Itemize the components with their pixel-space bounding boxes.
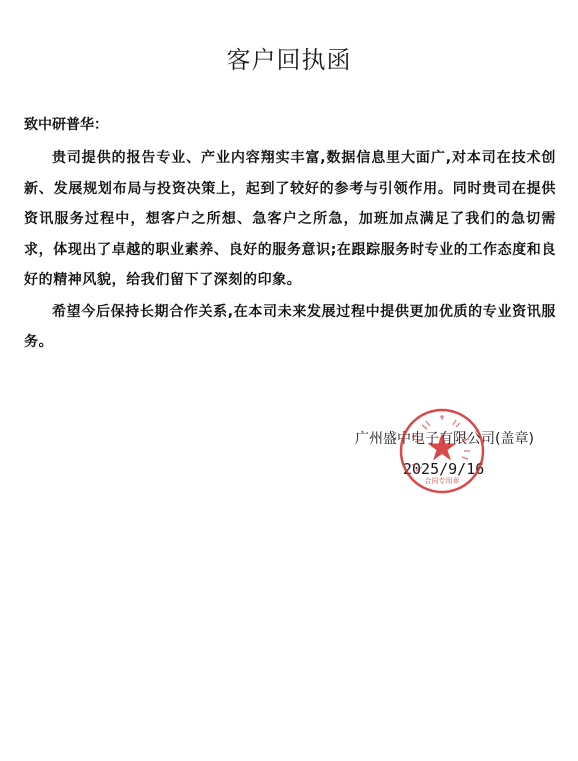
document-title: 客户回执函: [0, 40, 578, 75]
paragraph-1: 贵司提供的报告专业、产业内容翔实丰富,数据信息里大面广,对本司在技术创新、发展规…: [24, 143, 556, 296]
stamp-label: 合同专用章: [425, 476, 460, 485]
salutation: 致中研普华：: [24, 114, 108, 134]
letter-body: 贵司提供的报告专业、产业内容翔实丰富,数据信息里大面广,对本司在技术创新、发展规…: [24, 143, 556, 358]
paragraph-2: 希望今后保持长期合作关系,在本司未来发展过程中提供更加优质的专业资讯服务。: [24, 297, 556, 358]
company-seal-icon: 合同专用章: [398, 407, 486, 495]
